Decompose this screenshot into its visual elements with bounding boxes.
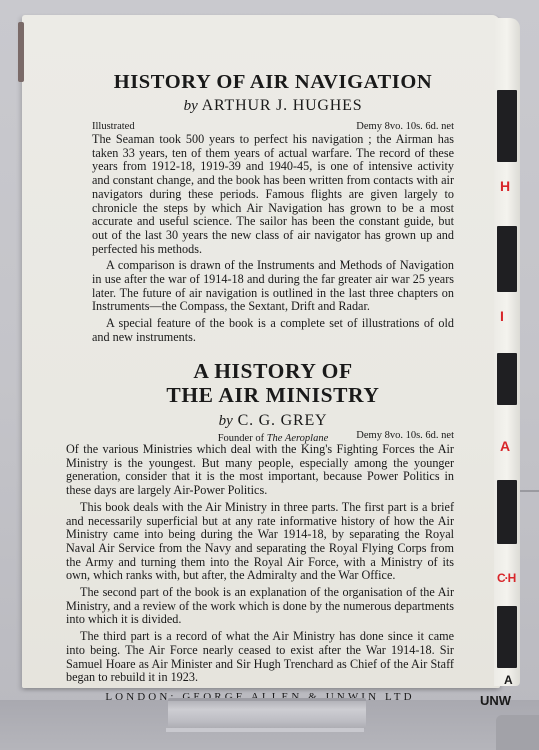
book-air-navigation: HISTORY OF AIR NAVIGATION by ARTHUR J. H… xyxy=(92,70,454,345)
book2-author: C. G. GREY xyxy=(238,412,328,429)
spine-black-band xyxy=(497,353,517,405)
spine-red-letter: H xyxy=(500,178,509,194)
book1-title: HISTORY OF AIR NAVIGATION xyxy=(92,70,454,94)
book1-byline: by ARTHUR J. HUGHES xyxy=(92,96,454,116)
book2-paragraph: The second part of the book is an explan… xyxy=(66,586,454,627)
book2-byline: by C. G. GREY xyxy=(92,411,454,431)
background-box xyxy=(496,715,539,750)
book2-body: Demy 8vo. 10s. 6d. net Of the various Mi… xyxy=(66,430,454,703)
spine-black-band xyxy=(497,90,517,162)
book2-paragraph: This book deals with the Air Ministry in… xyxy=(66,501,454,583)
book2-price: Demy 8vo. 10s. 6d. net xyxy=(66,430,454,441)
spine-red-letter: I xyxy=(500,308,503,324)
spine-black-band xyxy=(497,226,517,292)
book2-paragraph: Of the various Ministries which deal wit… xyxy=(66,443,454,498)
spine-red-letter: C·H xyxy=(497,571,515,585)
book1-paragraph: The Seaman took 500 years to perfect his… xyxy=(92,133,454,256)
book2-paragraph: The third part is a record of what the A… xyxy=(66,630,454,685)
spine-black-letter: A xyxy=(504,673,513,687)
book1-paragraph: A special feature of the book is a compl… xyxy=(92,317,454,344)
spine-black-band xyxy=(497,606,517,668)
spine-red-letter: A xyxy=(500,438,509,454)
book1-author: ARTHUR J. HUGHES xyxy=(202,97,363,114)
jacket-torn-edge xyxy=(18,22,24,82)
stand-base xyxy=(166,728,364,732)
book2-title-line1: A HISTORY OF xyxy=(92,359,454,383)
acrylic-book-stand xyxy=(168,698,366,729)
book1-paragraph: A comparison is drawn of the Instruments… xyxy=(92,259,454,314)
book2-title-line2: THE AIR MINISTRY xyxy=(92,383,454,407)
spine-black-band xyxy=(497,480,517,544)
dust-jacket-spine: H I A C·H A xyxy=(494,18,520,686)
by-label: by xyxy=(219,413,233,429)
spine-publisher-text: UNW xyxy=(480,693,511,708)
by-label: by xyxy=(184,98,198,114)
jacket-text: HISTORY OF AIR NAVIGATION by ARTHUR J. H… xyxy=(92,70,454,444)
